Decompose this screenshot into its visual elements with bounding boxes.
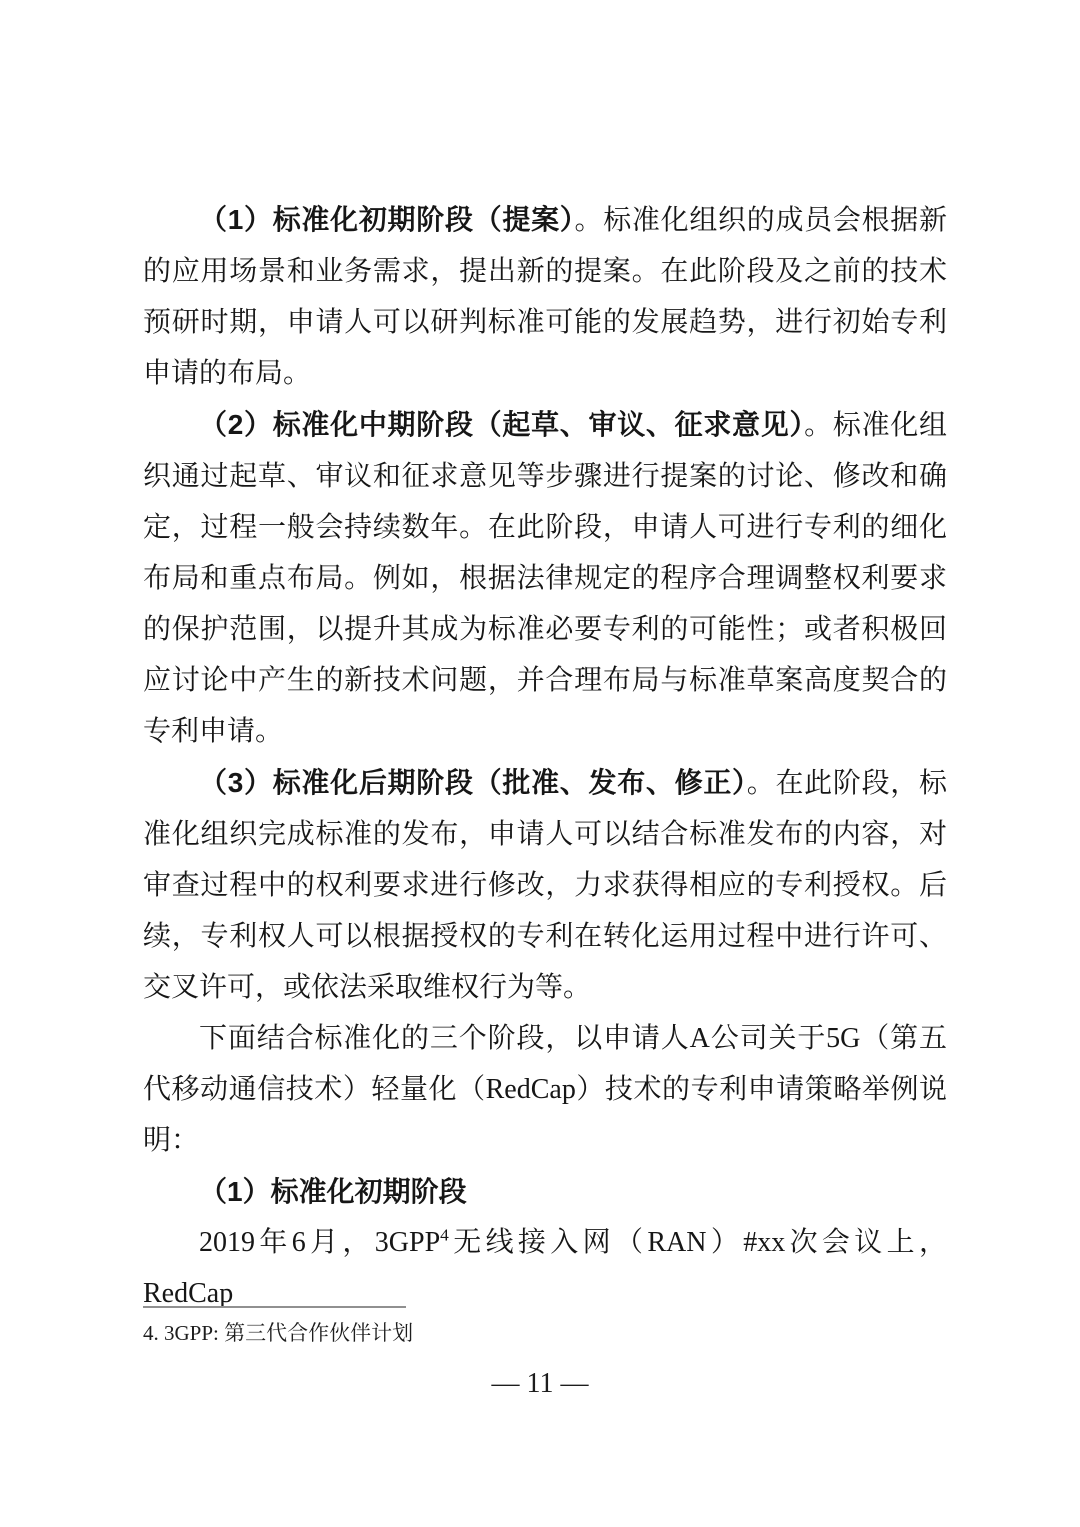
paragraph-stage-late-text: 。在此阶段，标准化组织完成标准的发布，申请人可以结合标准发布的内容，对审查过程中… — [143, 768, 947, 1003]
paragraph-stage-middle: （2）标准化中期阶段（起草、审议、征求意见）。标准化组织通过起草、审议和征求意见… — [143, 399, 947, 757]
footnote-separator-rule — [143, 1306, 406, 1308]
paragraph-stage-late-lead: （3）标准化后期阶段（批准、发布、修正） — [199, 767, 747, 798]
document-page: （1）标准化初期阶段（提案）。标准化组织的成员会根据新的应用场景和业务需求，提出… — [0, 0, 1080, 1527]
subheading-stage-early: （1）标准化初期阶段 — [143, 1166, 947, 1217]
paragraph-example-intro: 下面结合标准化的三个阶段，以申请人A公司关于5G（第五代移动通信技术）轻量化（R… — [143, 1013, 947, 1166]
paragraph-stage-middle-text: 。标准化组织通过起草、审议和征求意见等步骤进行提案的讨论、修改和确定，过程一般会… — [143, 410, 947, 747]
page-number: — 11 — — [0, 1366, 1080, 1402]
paragraph-stage-middle-lead: （2）标准化中期阶段（起草、审议、征求意见） — [199, 409, 804, 440]
footnote-reference-marker: 4 — [440, 1226, 449, 1245]
paragraph-stage-late: （3）标准化后期阶段（批准、发布、修正）。在此阶段，标准化组织完成标准的发布，申… — [143, 757, 947, 1013]
paragraph-meeting: 2019年6月，3GPP4无线接入网（RAN）#xx次会议上，RedCap — [143, 1217, 947, 1319]
paragraph-stage-early-lead: （1）标准化初期阶段（提案） — [199, 204, 575, 235]
paragraph-example-intro-text: 下面结合标准化的三个阶段，以申请人A公司关于5G（第五代移动通信技术）轻量化（R… — [143, 1023, 947, 1156]
document-body: （1）标准化初期阶段（提案）。标准化组织的成员会根据新的应用场景和业务需求，提出… — [143, 194, 947, 1319]
paragraph-stage-early: （1）标准化初期阶段（提案）。标准化组织的成员会根据新的应用场景和业务需求，提出… — [143, 194, 947, 399]
footnote-text: 4. 3GPP: 第三代合作伙伴计划 — [143, 1318, 843, 1348]
paragraph-meeting-pre: 2019年6月，3GPP — [199, 1227, 440, 1258]
